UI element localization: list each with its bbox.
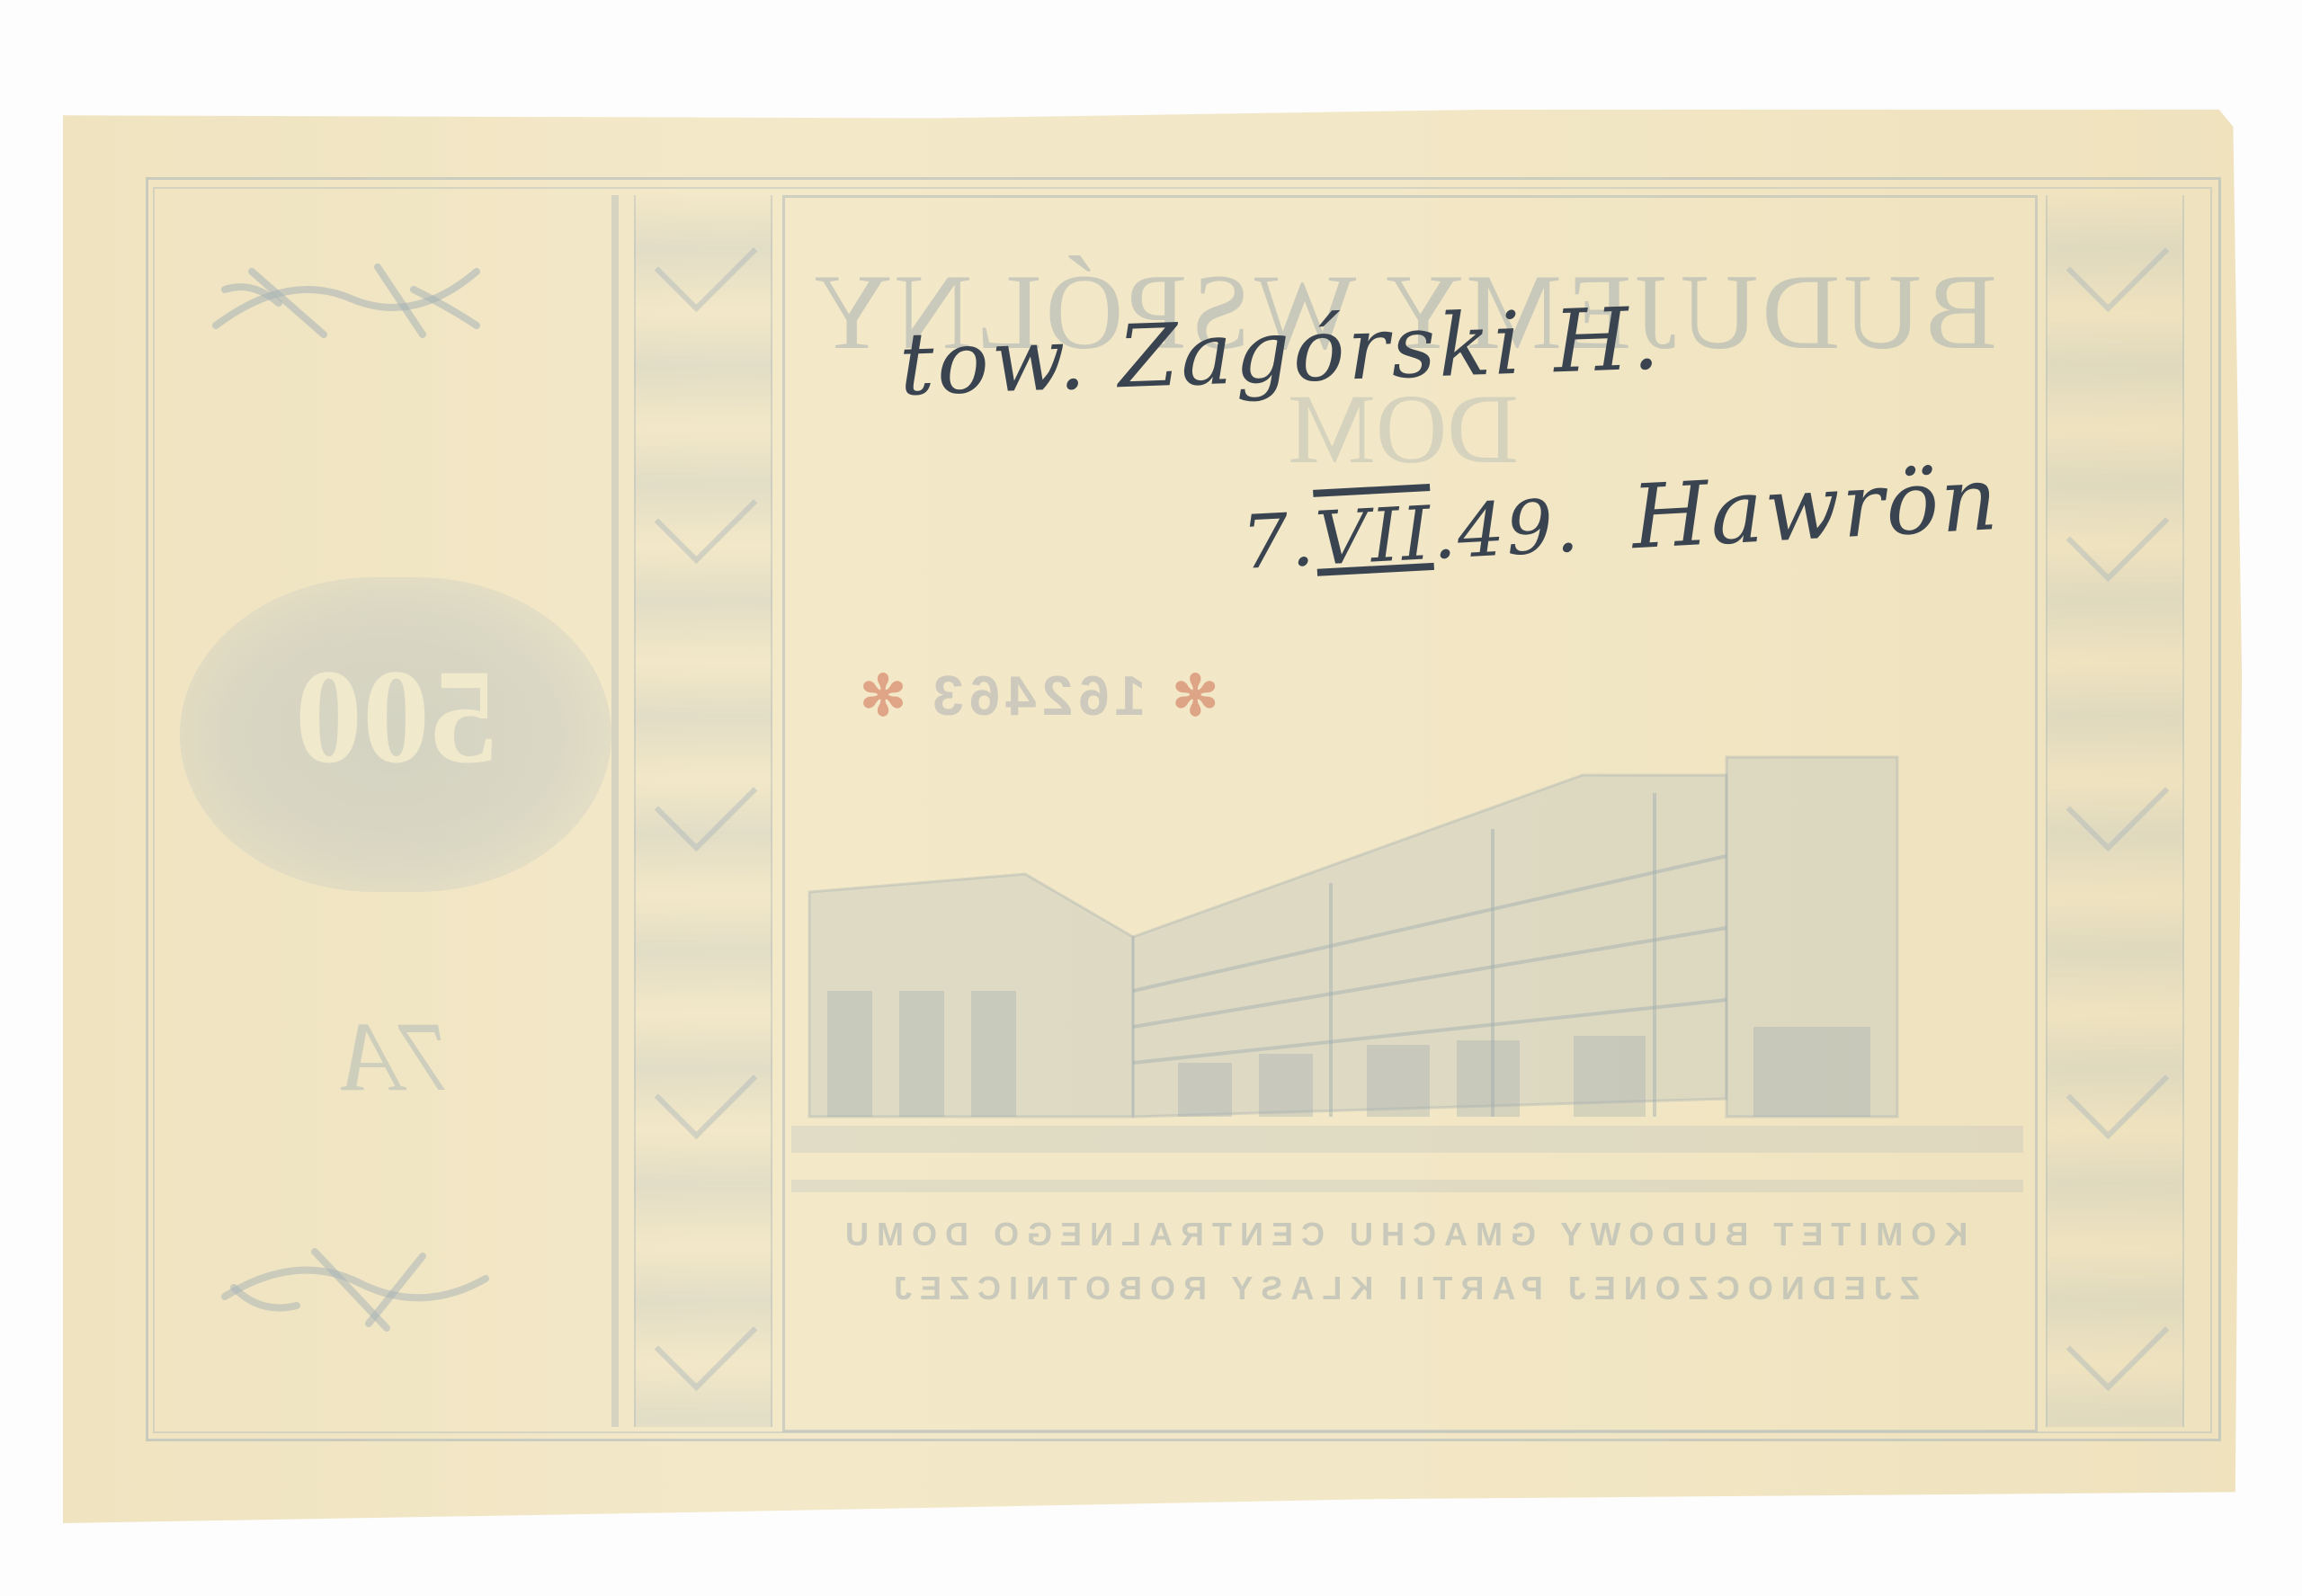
handwritten-signature: Hawrön [1629,448,2002,569]
denomination-value: 500 [180,649,611,784]
chevron-ornament-icon [655,749,758,852]
chevron-ornament-icon [2066,1288,2170,1392]
serial-number: ✻ 162463 ✻ [854,663,1394,728]
laurel-ornament-top-icon [198,254,495,343]
denomination-text: 500 [295,649,497,784]
building-illustration [791,721,2023,1225]
chevron-ornament-icon [655,1288,758,1392]
handwritten-day: 7. [1239,497,1317,586]
chevron-ornament-icon [2066,749,2170,852]
chevron-ornament-icon [2066,210,2170,313]
chevron-ornament-icon [2066,1037,2170,1140]
series-marking: 7A [243,1000,549,1114]
handwritten-month: VII [1314,491,1435,583]
decorative-strip-left [634,195,772,1427]
footer-line-1: KOMITET BUDOWY GMACHU CENTRALNEGO DOMU [800,1216,2005,1253]
chevron-ornament-icon [655,461,758,565]
chevron-ornament-icon [2066,479,2170,583]
footer-line-2: ZJEDNOCZONEJ PARTII KLASY ROBOTNICZEJ [800,1270,2005,1307]
panel-divider [611,195,619,1427]
footer-text-1: KOMITET BUDOWY GMACHU CENTRALNEGO DOMU [837,1216,1967,1253]
decorative-strip-right [2046,195,2184,1427]
footer-text-2: ZJEDNOCZONEJ PARTII KLASY ROBOTNICZEJ [886,1270,1920,1307]
laurel-ornament-bottom-icon [207,1243,504,1333]
chevron-ornament-icon [655,1037,758,1140]
handwritten-year: .49. [1430,483,1582,575]
chevron-ornament-icon [655,210,758,313]
serial-star-icon: ✻ [1166,665,1218,727]
serial-number-text: 162463 [927,665,1146,727]
series-text: 7A [341,1000,451,1114]
serial-star-icon: ✻ [854,665,906,727]
